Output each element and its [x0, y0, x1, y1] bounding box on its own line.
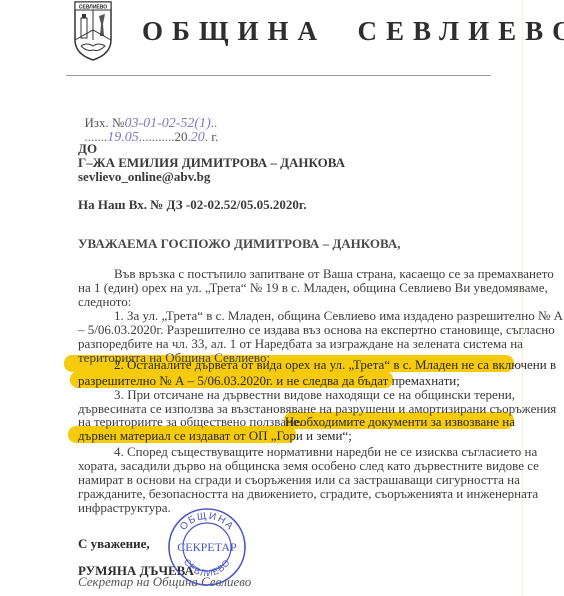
date-year-prefix: 20: [175, 129, 188, 144]
closing: С уважение,: [78, 536, 150, 552]
recipient-email[interactable]: sevlievo_online@abv.bg: [78, 169, 210, 185]
header-divider: [66, 75, 491, 76]
item1-line: – 5/06.03.2020г. Разрешително се издава …: [78, 323, 515, 337]
dots: ...........: [139, 129, 175, 144]
item4-line: хората, засадили дърво на общинска земя …: [78, 459, 515, 473]
item1-line: 1. За ул. „Трета“ в с. Младен, община Се…: [78, 309, 515, 323]
item4-line: инфраструктура.: [78, 501, 515, 515]
item4-line: гражданите, безопасността на движението,…: [78, 487, 515, 501]
outgoing-date: .......19.05...........20.20. г.: [78, 113, 218, 146]
item2-line: 2. Останалите дървета от вида орех на ул…: [78, 358, 515, 372]
page-edge: [522, 0, 523, 596]
municipality-title: ОБЩИНА СЕВЛИЕВО: [142, 16, 564, 47]
item4-line: 4. Според съществуващите нормативни наре…: [78, 445, 515, 459]
item3-line: на териториите за обществено ползване. Н…: [78, 415, 515, 429]
item3-line: дървен материал се издават от ОП „Гори и…: [78, 429, 515, 443]
item3-line: 3. При отсичане на дървестни видове нахо…: [78, 388, 515, 402]
intro-line: на 1 (един) орех на ул. „Трета“ № 19 в с…: [78, 281, 515, 295]
item2-line: разрешително № А – 5/06.03.2020г. и не с…: [78, 374, 515, 388]
incoming-reference: На Наш Вх. № ДЗ -02-02.52/05.05.2020г.: [78, 197, 307, 213]
item4-line: намират в основи на сгради и съоръжения …: [78, 473, 515, 487]
intro-line: Във връзка с постъпило запитване от Ваша…: [78, 267, 515, 281]
svg-text:СЕВЛИЕВО: СЕВЛИЕВО: [182, 557, 232, 578]
item1-line: разпоредбите на чл. 33, ал. 1 от Наредба…: [78, 337, 515, 351]
item3-highlighted-text: Необходимите документи за извозване на: [285, 415, 515, 429]
municipal-coat-of-arms-icon: СЕВЛИЕВО: [73, 0, 113, 62]
svg-text:СЕВЛИЕВО: СЕВЛИЕВО: [79, 5, 107, 11]
item3-plain-text: на териториите за обществено ползване.: [78, 414, 302, 429]
date-suffix: . г.: [205, 129, 219, 144]
salutation: УВАЖАЕМА ГОСПОЖО ДИМИТРОВА – ДАНКОВА,: [78, 236, 400, 252]
date-year-suffix: 20: [191, 130, 205, 145]
svg-text:СЕКРЕТАР: СЕКРЕТАР: [177, 540, 237, 554]
intro-line: следното:: [78, 295, 515, 309]
secretary-stamp-icon: ОБЩИНА СЕКРЕТАР СЕВЛИЕВО: [166, 506, 248, 588]
date-day-month: 19.05: [107, 130, 139, 145]
